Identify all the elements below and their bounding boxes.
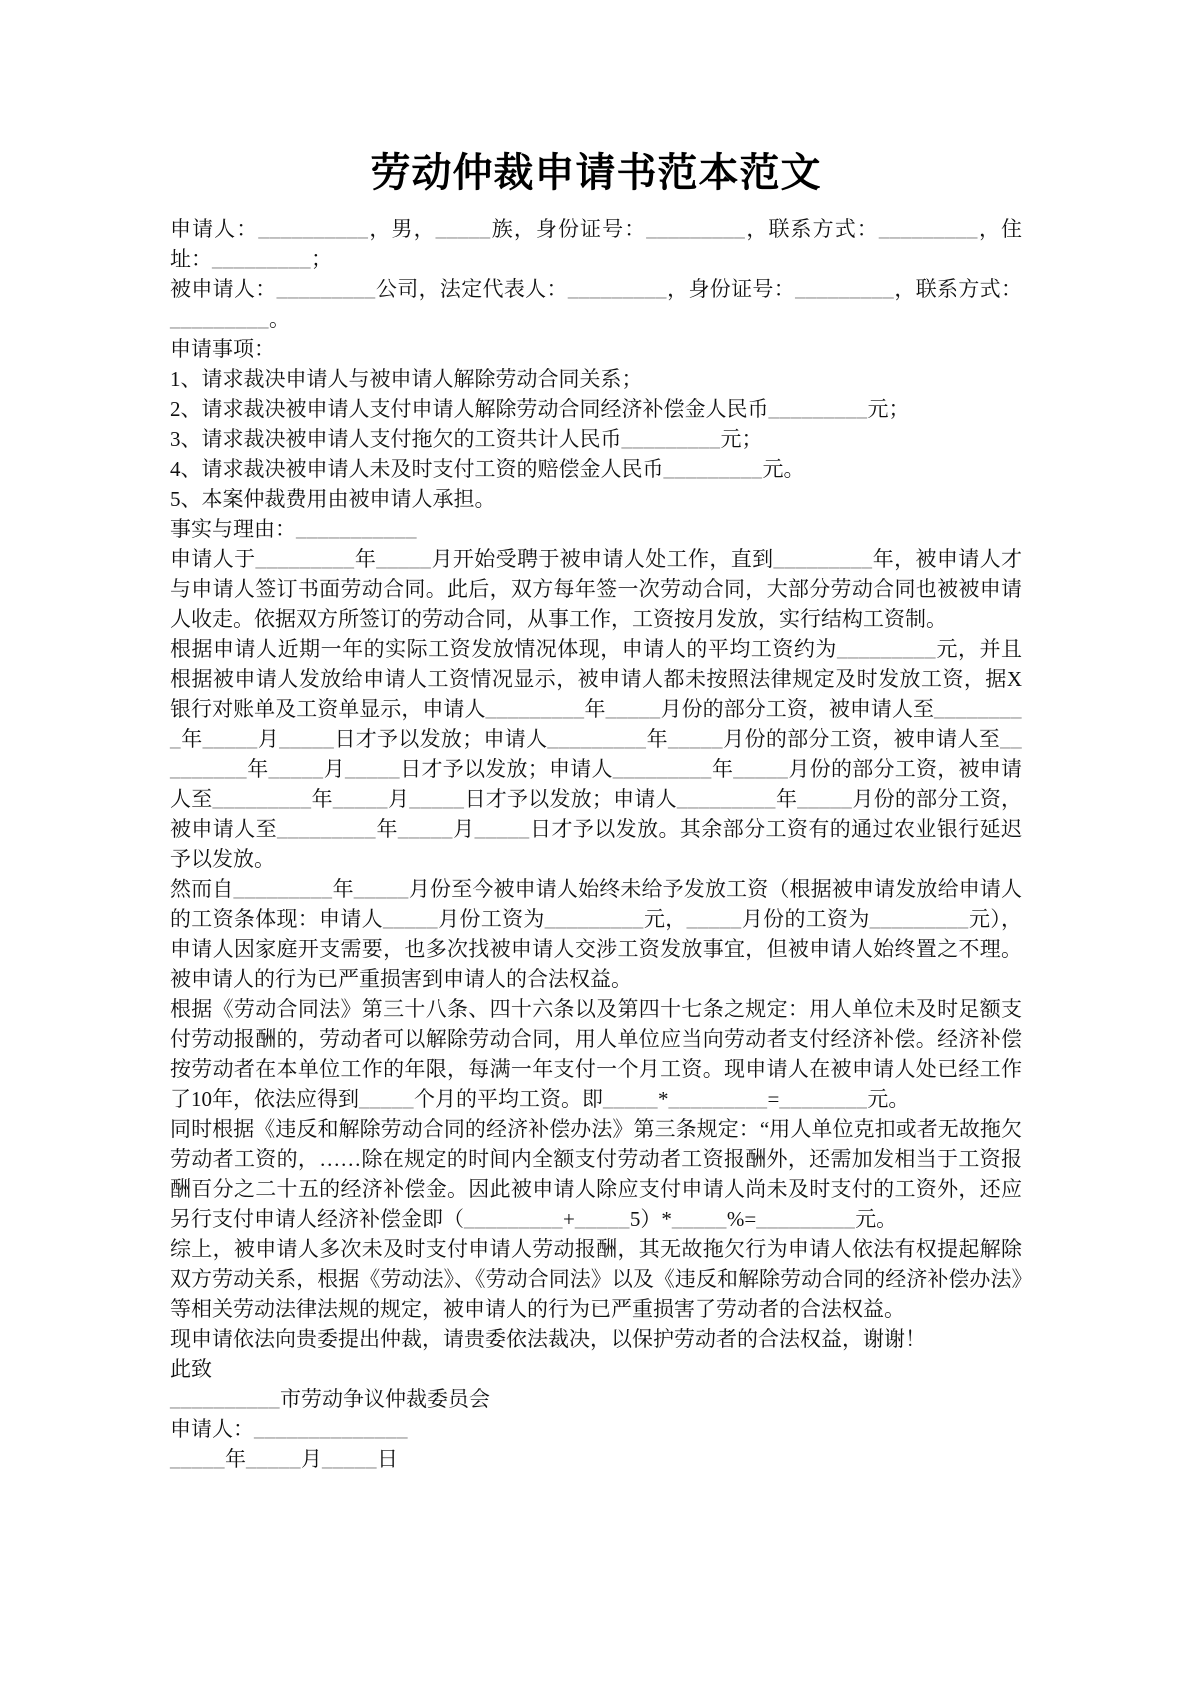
document-title: 劳动仲裁申请书范本范文: [170, 146, 1022, 200]
claim-item-2: 2、请求裁决被申请人支付申请人解除劳动合同经济补偿金人民币_________元；: [170, 394, 1022, 424]
para-request: 现申请依法向贵委提出仲裁，请贵委依法裁决，以保护劳动者的合法权益，谢谢！: [170, 1324, 1022, 1354]
para-salutation: 此致: [170, 1354, 1022, 1384]
para-date-line: _____年_____月_____日: [170, 1444, 1022, 1474]
claim-item-4: 4、请求裁决被申请人未及时支付工资的赔偿金人民币_________元。: [170, 454, 1022, 484]
para-applicant-info: 申请人：__________，男，_____族，身份证号：_________，联…: [170, 214, 1022, 274]
para-signature-line: 申请人：______________: [170, 1414, 1022, 1444]
para-committee-line: __________市劳动争议仲裁委员会: [170, 1384, 1022, 1414]
para-law-labor-contract: 根据《劳动合同法》第三十八条、四十六条以及第四十七条之规定：用人单位未及时足额支…: [170, 994, 1022, 1114]
document-page: 劳动仲裁申请书范本范文 申请人：__________，男，_____族，身份证号…: [0, 0, 1190, 1683]
para-employment-history: 申请人于_________年_____月开始受聘于被申请人处工作，直到_____…: [170, 544, 1022, 634]
para-law-compensation: 同时根据《违反和解除劳动合同的经济补偿办法》第三条规定：“用人单位克扣或者无故拖…: [170, 1114, 1022, 1234]
document-body: 申请人：__________，男，_____族，身份证号：_________，联…: [170, 214, 1022, 1474]
para-respondent-info: 被申请人：_________公司，法定代表人：_________，身份证号：__…: [170, 274, 1022, 334]
claim-item-3: 3、请求裁决被申请人支付拖欠的工资共计人民币_________元；: [170, 424, 1022, 454]
heading-claims: 申请事项：: [170, 334, 1022, 364]
heading-facts-reasons: 事实与理由：___________: [170, 514, 1022, 544]
para-unpaid-wages: 然而自_________年_____月份至今被申请人始终未给予发放工资（根据被申…: [170, 874, 1022, 994]
claim-item-1: 1、请求裁决申请人与被申请人解除劳动合同关系；: [170, 364, 1022, 394]
para-wage-delays: 根据申请人近期一年的实际工资发放情况体现，申请人的平均工资约为_________…: [170, 634, 1022, 874]
para-conclusion: 综上，被申请人多次未及时支付申请人劳动报酬，其无故拖欠行为申请人依法有权提起解除…: [170, 1234, 1022, 1324]
claim-item-5: 5、本案仲裁费用由被申请人承担。: [170, 484, 1022, 514]
